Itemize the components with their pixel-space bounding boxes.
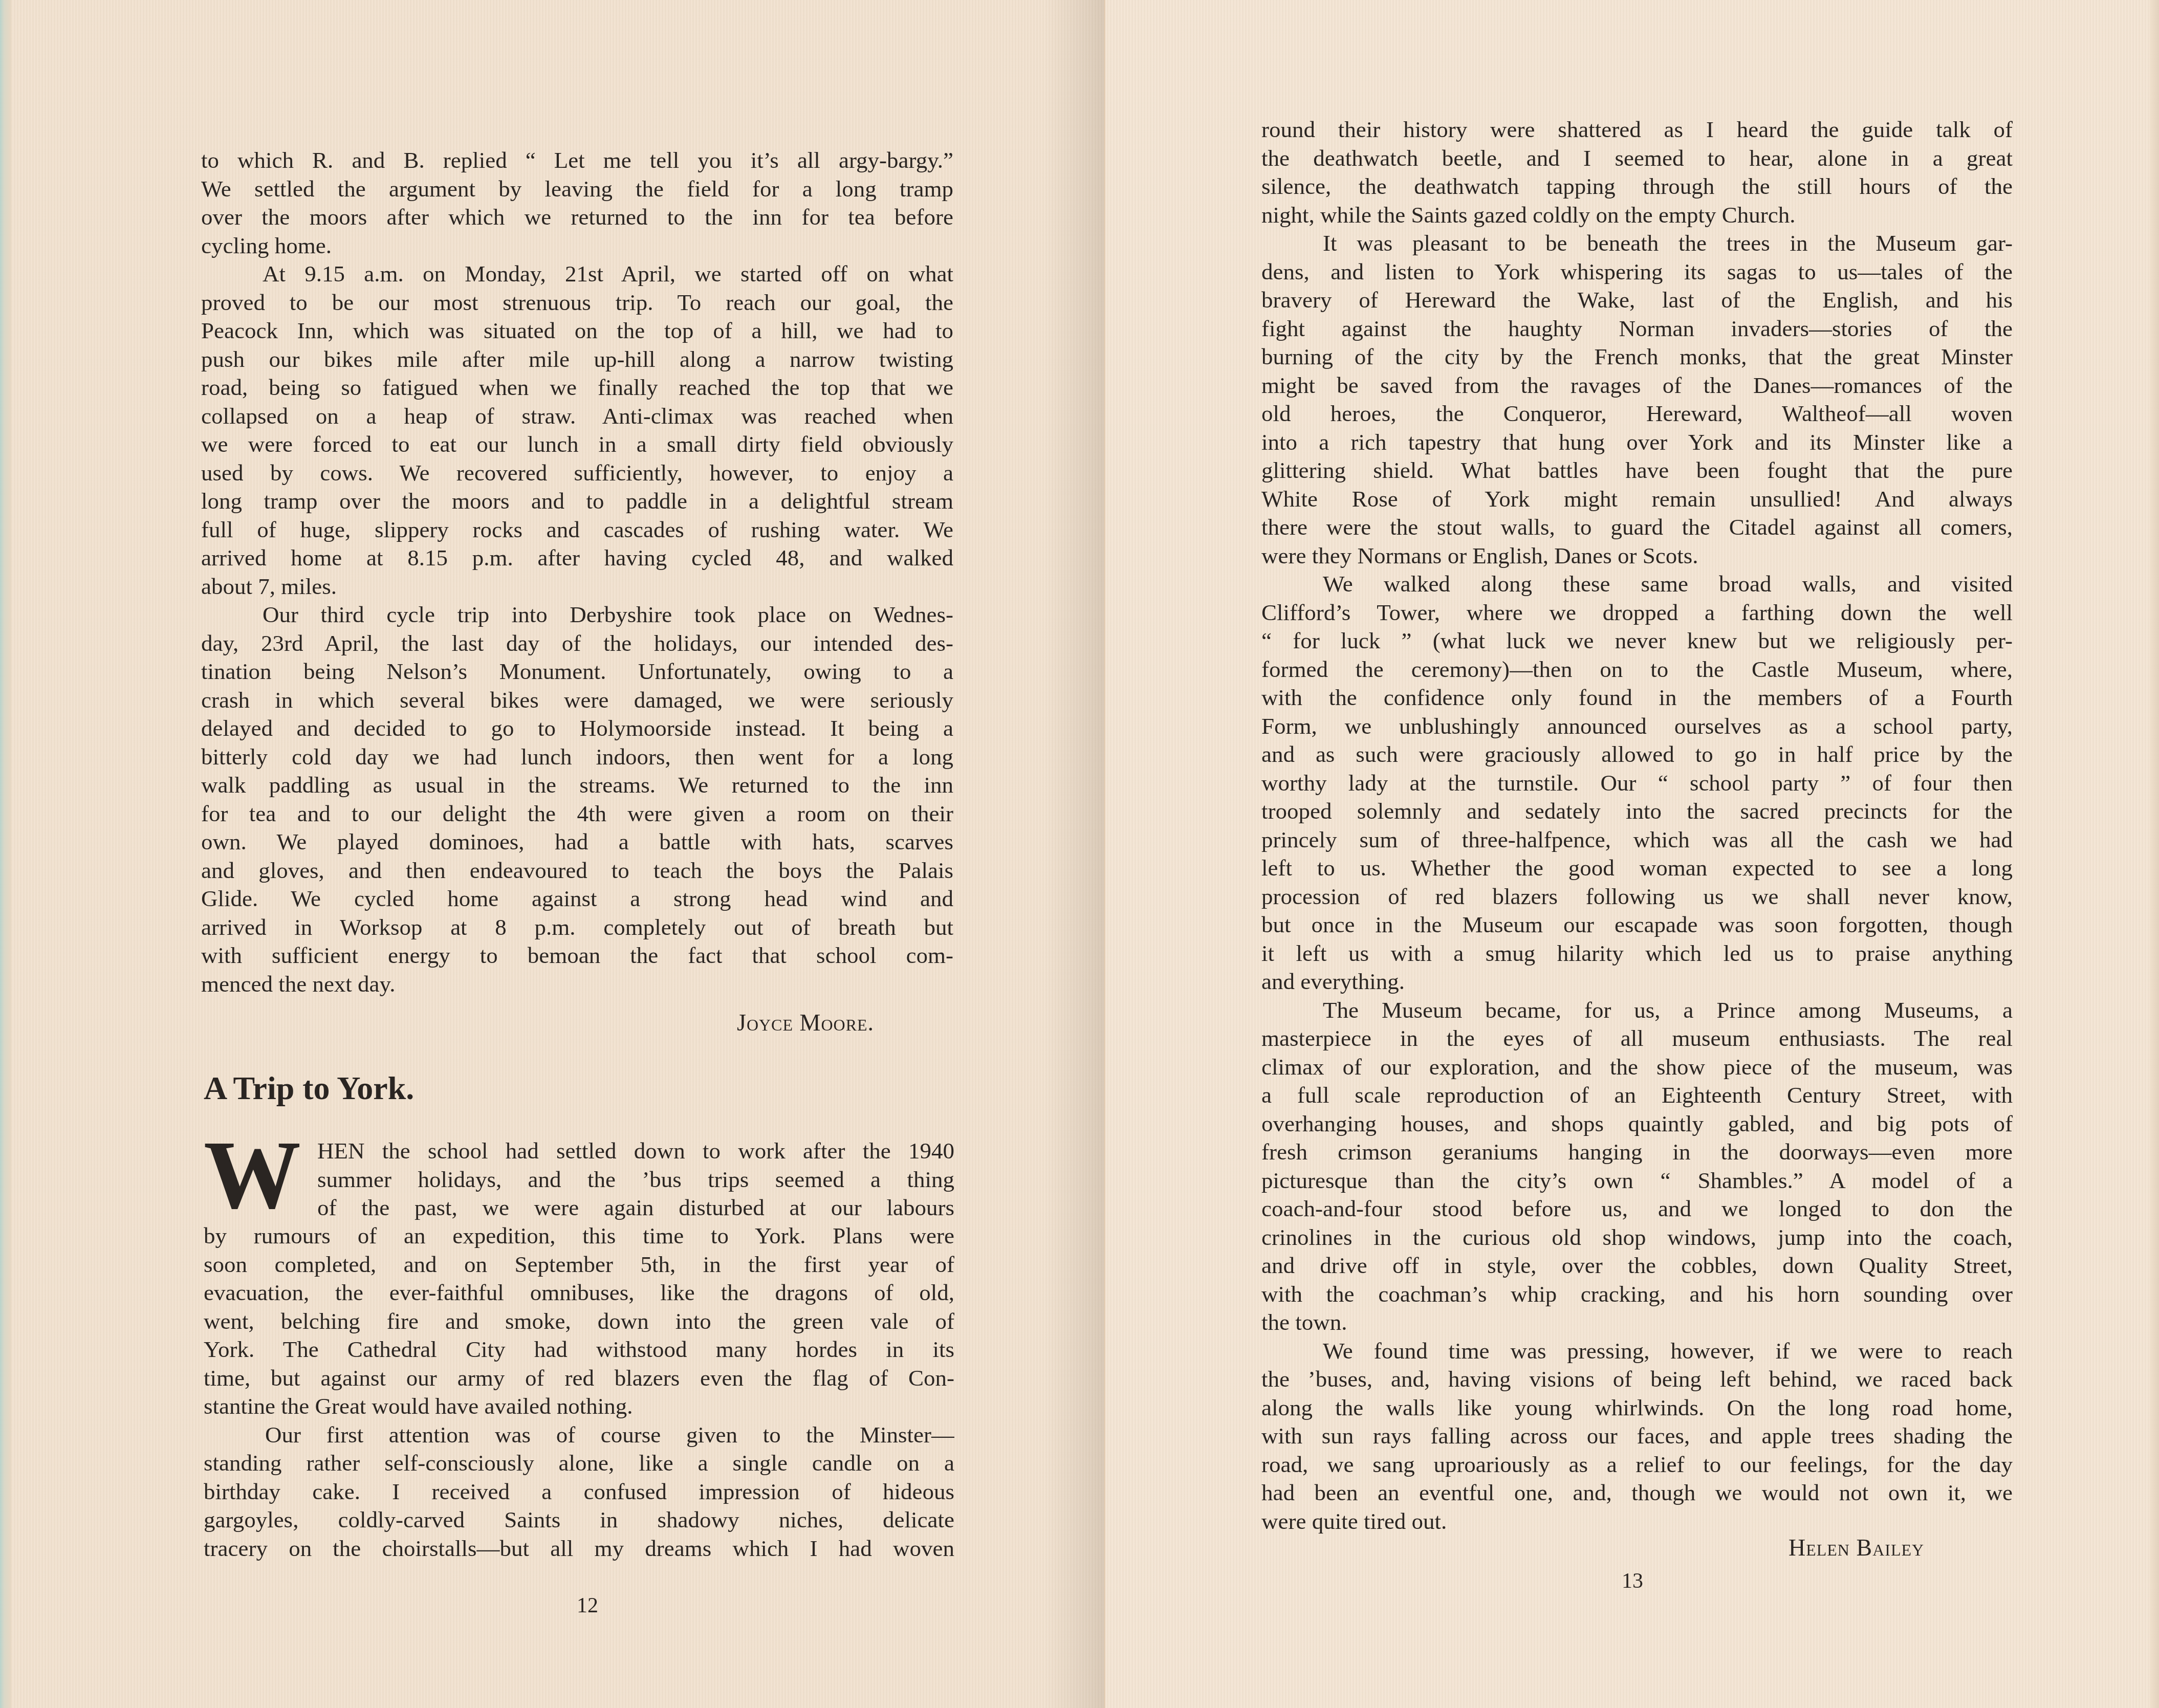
- text-line: The Museum became, for us, a Prince amon…: [1261, 996, 2013, 1025]
- text-line: left to us. Whether the good woman expec…: [1261, 854, 2013, 883]
- text-line: procession of red blazers following us w…: [1261, 883, 2013, 911]
- article-continued-text: round their history were shattered as I …: [1261, 116, 2013, 1536]
- gutter-shadow: [1044, 0, 1105, 1708]
- page-edge: [2150, 0, 2159, 1708]
- text-line: We settled the argument by leaving the f…: [201, 175, 953, 204]
- text-line: and everything.: [1261, 968, 2013, 996]
- text-line: cycling home.: [201, 232, 953, 260]
- text-line: standing rather self-consciously alone, …: [204, 1449, 954, 1478]
- text-line: Glide. We cycled home against a strong h…: [201, 885, 953, 913]
- text-line: Our first attention was of course given …: [204, 1421, 954, 1450]
- text-line: At 9.15 a.m. on Monday, 21st April, we s…: [201, 260, 953, 289]
- text-line: HEN the school had settled down to work …: [317, 1137, 954, 1166]
- text-line: over the moors after which we returned t…: [201, 203, 953, 232]
- text-line: tination being Nelson’s Monument. Unfort…: [201, 658, 953, 686]
- text-line: coach-and-four stood before us, and we l…: [1261, 1195, 2013, 1223]
- page-number-left: 12: [577, 1593, 598, 1618]
- text-line: It was pleasant to be beneath the trees …: [1261, 229, 2013, 258]
- text-line: glittering shield. What battles have bee…: [1261, 456, 2013, 485]
- text-line: the ’buses, and, having visions of being…: [1261, 1365, 2013, 1394]
- text-line: full of huge, slippery rocks and cascade…: [201, 516, 953, 544]
- text-line: princely sum of three-halfpence, which w…: [1261, 826, 2013, 855]
- text-line: with the coachman’s whip cracking, and h…: [1261, 1280, 2013, 1309]
- article-title: A Trip to York.: [204, 1069, 414, 1107]
- text-line: night, while the Saints gazed coldly on …: [1261, 201, 2013, 230]
- text-line: We walked along these same broad walls, …: [1261, 570, 2013, 599]
- text-line: but once in the Museum our escapade was …: [1261, 911, 2013, 939]
- text-line: White Rose of York might remain unsullie…: [1261, 485, 2013, 514]
- text-line: we were forced to eat our lunch in a sma…: [201, 430, 953, 459]
- text-line: fresh crimson geraniums hanging in the d…: [1261, 1138, 2013, 1167]
- text-line: it left us with a smug hilarity which le…: [1261, 939, 2013, 968]
- text-line: road, being so fatigued when we finally …: [201, 374, 953, 402]
- text-line: used by cows. We recovered sufficiently,…: [201, 459, 953, 488]
- continued-article-text: to which R. and B. replied “ Let me tell…: [201, 146, 953, 998]
- text-line: had been an eventful one, and, though we…: [1261, 1479, 2013, 1507]
- text-line: bitterly cold day we had lunch indoors, …: [201, 743, 953, 772]
- text-line: formed the ceremony)—then on to the Cast…: [1261, 655, 2013, 684]
- text-line: there were the stout walls, to guard the…: [1261, 513, 2013, 542]
- text-line: were they Normans or English, Danes or S…: [1261, 542, 2013, 571]
- text-line: and gloves, and then endeavoured to teac…: [201, 857, 953, 885]
- text-line: push our bikes mile after mile up-hill a…: [201, 345, 953, 374]
- text-line: crash in which several bikes were damage…: [201, 686, 953, 715]
- text-line: the deathwatch beetle, and I seemed to h…: [1261, 144, 2013, 173]
- text-line: Our third cycle trip into Derbyshire too…: [201, 601, 953, 629]
- text-line: gargoyles, coldly-carved Saints in shado…: [204, 1506, 954, 1535]
- text-line: Clifford’s Tower, where we dropped a far…: [1261, 599, 2013, 627]
- text-line: overhanging houses, and shops quaintly g…: [1261, 1110, 2013, 1138]
- text-line: for tea and to our delight the 4th were …: [201, 800, 953, 828]
- drop-cap-letter: W: [204, 1137, 301, 1214]
- text-line: with the confidence only found in the me…: [1261, 684, 2013, 712]
- text-line: dens, and listen to York whispering its …: [1261, 258, 2013, 287]
- text-line: Peacock Inn, which was situated on the t…: [201, 317, 953, 345]
- booklet-spread: to which R. and B. replied “ Let me tell…: [0, 0, 2159, 1708]
- text-line: went, belching fire and smoke, down into…: [204, 1307, 954, 1336]
- text-line: own. We played dominoes, had a battle wi…: [201, 828, 953, 857]
- text-line: and as such were graciously allowed to g…: [1261, 740, 2013, 769]
- text-line: time, but against our army of red blazer…: [204, 1364, 954, 1393]
- text-line: old heroes, the Conqueror, Hereward, Wal…: [1261, 400, 2013, 428]
- text-line: picturesque than the city’s own “ Shambl…: [1261, 1167, 2013, 1195]
- text-line: soon completed, and on September 5th, in…: [204, 1251, 954, 1279]
- text-line: a full scale reproduction of an Eighteen…: [1261, 1081, 2013, 1110]
- text-line: worthy lady at the turnstile. Our “ scho…: [1261, 769, 2013, 798]
- text-line: with sufficient energy to bemoan the fac…: [201, 941, 953, 970]
- text-line: summer holidays, and the ’bus trips seem…: [317, 1166, 954, 1194]
- text-line: road, we sang uproariously as a relief t…: [1261, 1451, 2013, 1479]
- page-number-right: 13: [1622, 1569, 1643, 1593]
- text-line: climax of our exploration, and the show …: [1261, 1053, 2013, 1082]
- text-line: “ for luck ” (what luck we never knew bu…: [1261, 627, 2013, 655]
- text-line: masterpiece in the eyes of all museum en…: [1261, 1024, 2013, 1053]
- text-line: trooped solemnly and sedately into the s…: [1261, 797, 2013, 826]
- text-line: by rumours of an expedition, this time t…: [204, 1222, 954, 1251]
- text-line: arrived in Worksop at 8 p.m. completely …: [201, 913, 953, 942]
- article-body-text: by rumours of an expedition, this time t…: [204, 1222, 954, 1563]
- text-line: We found time was pressing, however, if …: [1261, 1337, 2013, 1366]
- text-line: long tramp over the moors and to paddle …: [201, 487, 953, 516]
- author-signature-joyce-moore: Joyce Moore.: [737, 1009, 874, 1036]
- text-line: round their history were shattered as I …: [1261, 116, 2013, 144]
- page-edge: [0, 0, 11, 1708]
- text-line: proved to be our most strenuous trip. To…: [201, 289, 953, 317]
- text-line: bravery of Hereward the Wake, last of th…: [1261, 286, 2013, 315]
- text-line: about 7, miles.: [201, 573, 953, 601]
- text-line: the town.: [1261, 1308, 2013, 1337]
- text-line: tracery on the choirstalls—but all my dr…: [204, 1535, 954, 1563]
- text-line: evacuation, the ever-faithful omnibuses,…: [204, 1279, 954, 1307]
- text-line: Form, we unblushingly announced ourselve…: [1261, 712, 2013, 741]
- text-line: with sun rays falling across our faces, …: [1261, 1422, 2013, 1451]
- text-line: birthday cake. I received a confused imp…: [204, 1478, 954, 1506]
- text-line: collapsed on a heap of straw. Anti-clima…: [201, 402, 953, 431]
- text-line: fight against the haughty Norman invader…: [1261, 315, 2013, 343]
- text-line: into a rich tapestry that hung over York…: [1261, 428, 2013, 457]
- text-line: crinolines in the curious old shop windo…: [1261, 1223, 2013, 1252]
- text-line: day, 23rd April, the last day of the hol…: [201, 629, 953, 658]
- text-line: of the past, we were again disturbed at …: [317, 1194, 954, 1222]
- text-line: stantine the Great would have availed no…: [204, 1392, 954, 1421]
- author-signature-helen-bailey: Helen Bailey: [1789, 1534, 1924, 1561]
- article-opening-text: HEN the school had settled down to work …: [317, 1137, 954, 1222]
- text-line: along the walls like young whirlwinds. O…: [1261, 1394, 2013, 1422]
- text-line: walk paddling as usual in the streams. W…: [201, 771, 953, 800]
- text-line: to which R. and B. replied “ Let me tell…: [201, 146, 953, 175]
- text-line: arrived home at 8.15 p.m. after having c…: [201, 544, 953, 573]
- text-line: burning of the city by the French monks,…: [1261, 343, 2013, 371]
- text-line: York. The Cathedral City had withstood m…: [204, 1335, 954, 1364]
- text-line: menced the next day.: [201, 970, 953, 999]
- text-line: silence, the deathwatch tapping through …: [1261, 172, 2013, 201]
- text-line: delayed and decided to go to Holymoorsid…: [201, 714, 953, 743]
- text-line: were quite tired out.: [1261, 1507, 2013, 1536]
- text-line: and drive off in style, over the cobbles…: [1261, 1252, 2013, 1280]
- text-line: might be saved from the ravages of the D…: [1261, 371, 2013, 400]
